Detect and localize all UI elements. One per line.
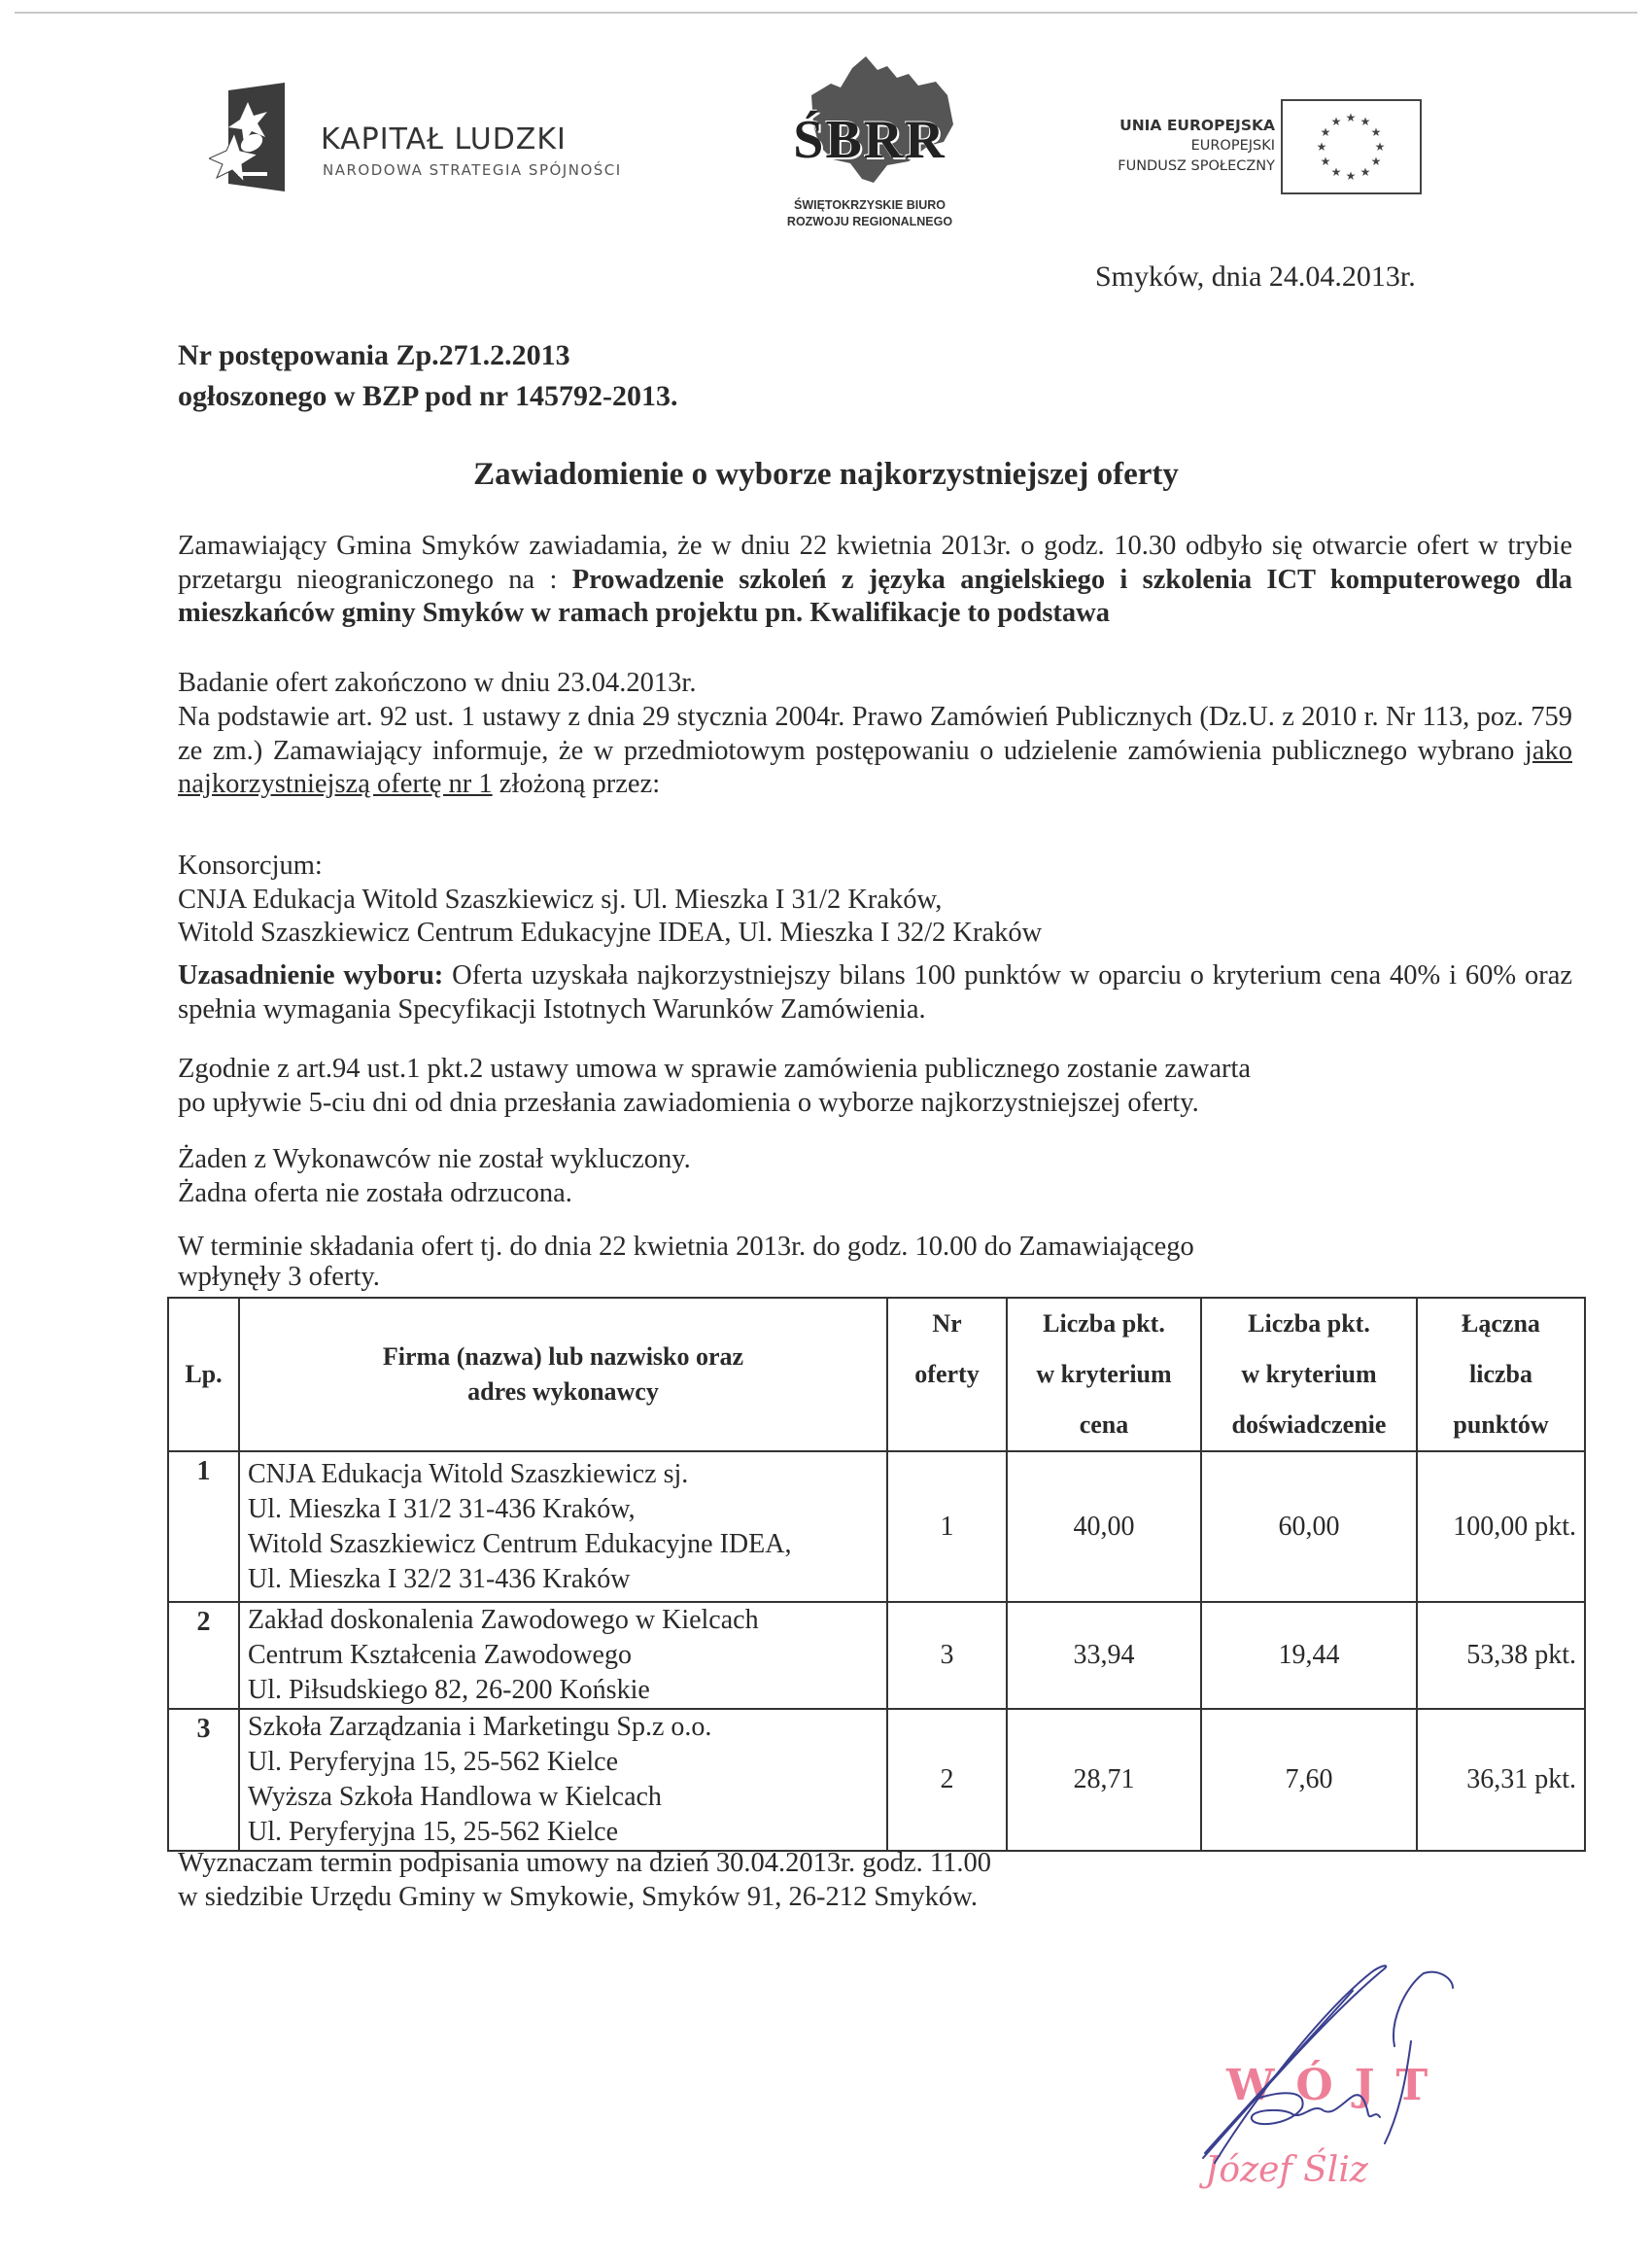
signing-place: w siedzibie Urzędu Gminy w Smykowie, Smy… bbox=[178, 1881, 1572, 1915]
sbrr-subtitle-line1: ŚWIĘTOKRZYSKIE BIURO bbox=[748, 197, 991, 214]
row-firm: Zakład doskonalenia Zawodowego w Kielcac… bbox=[239, 1602, 887, 1709]
firm-line: Wyższa Szkoła Handlowa w Kielcach bbox=[248, 1780, 886, 1815]
place-date: Smyków, dnia 24.04.2013r. bbox=[1095, 261, 1416, 294]
kapital-ludzki-logo-icon bbox=[209, 83, 285, 191]
header-experience-points: Liczba pkt. w kryterium doświadczenie bbox=[1201, 1298, 1417, 1451]
header-price-line3: cena bbox=[1008, 1400, 1200, 1450]
row-offer-number: 2 bbox=[887, 1709, 1007, 1851]
row-price-points: 28,71 bbox=[1007, 1709, 1201, 1851]
procedure-number: Nr postępowania Zp.271.2.2013 bbox=[178, 335, 678, 376]
offers-count: wpłynęły 3 oferty. bbox=[178, 1265, 1572, 1290]
table-header-row: Lp. Firma (nazwa) lub nazwisko oraz adre… bbox=[168, 1298, 1585, 1451]
eu-line2: EUROPEJSKI bbox=[1069, 136, 1275, 157]
header-nr-line1: Nr bbox=[888, 1299, 1006, 1349]
svg-text:★: ★ bbox=[1371, 125, 1382, 139]
paragraph-exclusions: Żaden z Wykonawców nie został wykluczony… bbox=[178, 1143, 1572, 1210]
row-total-points: 36,31 pkt. bbox=[1417, 1709, 1585, 1851]
kapital-ludzki-title: KAPITAŁ LUDZKI bbox=[321, 122, 567, 157]
consortium-label: Konsorcjum: bbox=[178, 850, 1572, 884]
header-firm: Firma (nazwa) lub nazwisko oraz adres wy… bbox=[239, 1298, 887, 1451]
consortium-member-1: CNJA Edukacja Witold Szaszkiewicz sj. Ul… bbox=[178, 884, 1572, 918]
eu-line1: UNIA EUROPEJSKA bbox=[1069, 115, 1275, 136]
row-price-points: 40,00 bbox=[1007, 1451, 1201, 1602]
header-lp: Lp. bbox=[168, 1298, 239, 1451]
firm-line: Ul. Mieszka I 31/2 31-436 Kraków, bbox=[248, 1492, 886, 1527]
row-experience-points: 7,60 bbox=[1201, 1709, 1417, 1851]
row-firm: Szkoła Zarządzania i Marketingu Sp.z o.o… bbox=[239, 1709, 887, 1851]
handwritten-signature-icon bbox=[1147, 1944, 1535, 2197]
table-row: 1CNJA Edukacja Witold Szaszkiewicz sj.Ul… bbox=[168, 1451, 1585, 1602]
document-title: Zawiadomienie o wyborze najkorzystniejsz… bbox=[0, 457, 1652, 493]
header-exp-line1: Liczba pkt. bbox=[1202, 1299, 1416, 1349]
header-offer-number: Nr oferty bbox=[887, 1298, 1007, 1451]
firm-line: Witold Szaszkiewicz Centrum Edukacyjne I… bbox=[248, 1527, 886, 1562]
header-price-line2: w kryterium bbox=[1008, 1349, 1200, 1400]
no-exclusions: Żaden z Wykonawców nie został wykluczony… bbox=[178, 1143, 1572, 1177]
firm-line: Szkoła Zarządzania i Marketingu Sp.z o.o… bbox=[248, 1710, 886, 1745]
svg-text:★: ★ bbox=[1360, 165, 1371, 179]
submitted-by: złożoną przez: bbox=[493, 769, 660, 799]
paragraph-legal-basis: Na podstawie art. 92 ust. 1 ustawy z dni… bbox=[178, 701, 1572, 802]
firm-line: Ul. Mieszka I 32/2 31-436 Kraków bbox=[248, 1562, 886, 1597]
header-exp-line3: doświadczenie bbox=[1202, 1400, 1416, 1450]
header-total-points: Łączna liczba punktów bbox=[1417, 1298, 1585, 1451]
row-lp: 3 bbox=[168, 1709, 239, 1851]
signing-date-block: Wyznaczam termin podpisania umowy na dzi… bbox=[178, 1847, 1572, 1914]
offers-deadline: W terminie składania ofert tj. do dnia 2… bbox=[178, 1231, 1572, 1265]
eu-line3: FUNDUSZ SPOŁECZNY bbox=[1069, 157, 1275, 177]
procedure-reference: Nr postępowania Zp.271.2.2013 ogłoszoneg… bbox=[178, 335, 678, 417]
table-row: 3Szkoła Zarządzania i Marketingu Sp.z o.… bbox=[168, 1709, 1585, 1851]
table-row: 2Zakład doskonalenia Zawodowego w Kielca… bbox=[168, 1602, 1585, 1709]
header-total-line3: punktów bbox=[1418, 1400, 1584, 1450]
paragraph-offers-received: W terminie składania ofert tj. do dnia 2… bbox=[178, 1231, 1572, 1290]
header-price-points: Liczba pkt. w kryterium cena bbox=[1007, 1298, 1201, 1451]
firm-line: Ul. Peryferyjna 15, 25-562 Kielce bbox=[248, 1815, 886, 1850]
contract-timing-line1: Zgodnie z art.94 ust.1 pkt.2 ustawy umow… bbox=[178, 1053, 1572, 1087]
header-total-line1: Łączna bbox=[1418, 1299, 1584, 1349]
row-offer-number: 1 bbox=[887, 1451, 1007, 1602]
row-lp: 2 bbox=[168, 1602, 239, 1709]
offers-table: Lp. Firma (nazwa) lub nazwisko oraz adre… bbox=[167, 1297, 1586, 1852]
row-total-points: 53,38 pkt. bbox=[1417, 1602, 1585, 1709]
legal-basis-text: Na podstawie art. 92 ust. 1 ustawy z dni… bbox=[178, 702, 1572, 766]
firm-line: Ul. Peryferyjna 15, 25-562 Kielce bbox=[248, 1745, 886, 1780]
sbrr-mark: ŚBRR bbox=[773, 109, 967, 171]
header-firm-line2: adres wykonawcy bbox=[240, 1374, 886, 1409]
header-price-line1: Liczba pkt. bbox=[1008, 1299, 1200, 1349]
firm-line: Ul. Piłsudskiego 82, 26-200 Końskie bbox=[248, 1673, 886, 1708]
sbrr-subtitle-line2: ROZWOJU REGIONALNEGO bbox=[748, 214, 991, 230]
paragraph-opening: Zamawiający Gmina Smyków zawiadamia, że … bbox=[178, 530, 1572, 631]
row-experience-points: 19,44 bbox=[1201, 1602, 1417, 1709]
row-experience-points: 60,00 bbox=[1201, 1451, 1417, 1602]
eu-fund-label: UNIA EUROPEJSKA EUROPEJSKI FUNDUSZ SPOŁE… bbox=[1069, 115, 1275, 177]
row-lp: 1 bbox=[168, 1451, 239, 1602]
header-nr-line2: oferty bbox=[888, 1349, 1006, 1400]
firm-line: Centrum Kształcenia Zawodowego bbox=[248, 1638, 886, 1673]
sbrr-subtitle: ŚWIĘTOKRZYSKIE BIURO ROZWOJU REGIONALNEG… bbox=[748, 197, 991, 230]
svg-text:★: ★ bbox=[1321, 125, 1331, 139]
svg-text:★: ★ bbox=[1331, 165, 1342, 179]
header-firm-line1: Firma (nazwa) lub nazwisko oraz bbox=[240, 1339, 886, 1374]
svg-text:★: ★ bbox=[1375, 140, 1386, 154]
firm-line: Zakład doskonalenia Zawodowego w Kielcac… bbox=[248, 1603, 886, 1638]
row-price-points: 33,94 bbox=[1007, 1602, 1201, 1709]
consortium-member-2: Witold Szaszkiewicz Centrum Edukacyjne I… bbox=[178, 917, 1572, 951]
consortium-block: Konsorcjum: CNJA Edukacja Witold Szaszki… bbox=[178, 850, 1572, 951]
svg-text:★: ★ bbox=[1317, 140, 1327, 154]
svg-text:★: ★ bbox=[1346, 111, 1357, 124]
evaluation-end: Badanie ofert zakończono w dniu 23.04.20… bbox=[178, 667, 1572, 701]
svg-text:★: ★ bbox=[1321, 155, 1331, 168]
signing-date: Wyznaczam termin podpisania umowy na dzi… bbox=[178, 1847, 1572, 1881]
paragraph-contract-timing: Zgodnie z art.94 ust.1 pkt.2 ustawy umow… bbox=[178, 1053, 1572, 1120]
kapital-ludzki-subtitle: NARODOWA STRATEGIA SPÓJNOŚCI bbox=[323, 161, 622, 179]
bzp-announcement: ogłoszonego w BZP pod nr 145792-2013. bbox=[178, 376, 678, 417]
header-total-line2: liczba bbox=[1418, 1349, 1584, 1400]
svg-text:★: ★ bbox=[1360, 115, 1371, 128]
header-exp-line2: w kryterium bbox=[1202, 1349, 1416, 1400]
row-offer-number: 3 bbox=[887, 1602, 1007, 1709]
paragraph-justification: Uzasadnienie wyboru: Oferta uzyskała naj… bbox=[178, 959, 1572, 1026]
svg-text:★: ★ bbox=[1331, 115, 1342, 128]
row-firm: CNJA Edukacja Witold Szaszkiewicz sj.Ul.… bbox=[239, 1451, 887, 1602]
eu-flag-icon: ★★★★★★★★★★★★ bbox=[1281, 99, 1422, 194]
svg-text:★: ★ bbox=[1371, 155, 1382, 168]
firm-line: CNJA Edukacja Witold Szaszkiewicz sj. bbox=[248, 1457, 886, 1492]
no-rejections: Żadna oferta nie została odrzucona. bbox=[178, 1177, 1572, 1211]
svg-text:★: ★ bbox=[1346, 169, 1357, 183]
row-total-points: 100,00 pkt. bbox=[1417, 1451, 1585, 1602]
scan-edge-line bbox=[15, 12, 1637, 14]
justification-label: Uzasadnienie wyboru: bbox=[178, 960, 443, 991]
contract-timing-line2: po upływie 5-ciu dni od dnia przesłania … bbox=[178, 1087, 1572, 1121]
